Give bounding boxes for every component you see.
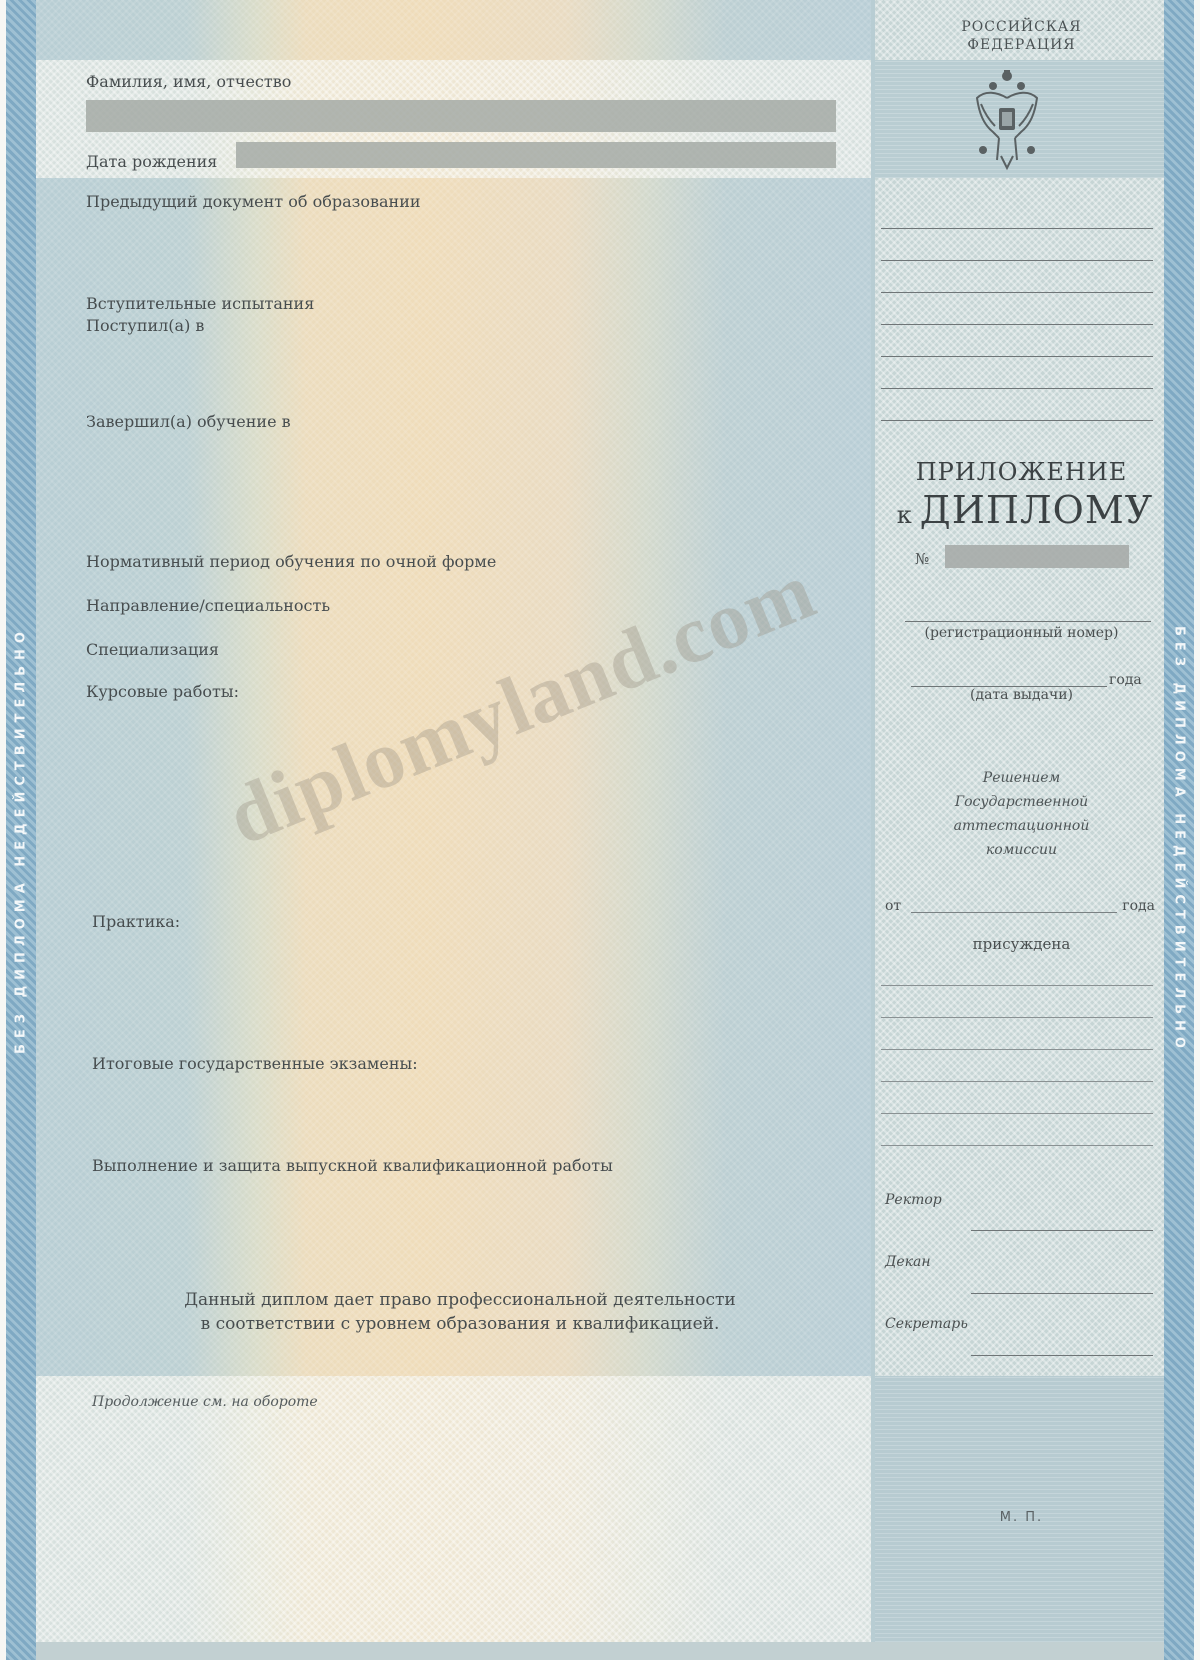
decision-line2: Государственной	[875, 790, 1168, 814]
side-strip-text: БЕЗ ДИПЛОМА НЕДЕЙСТВИТЕЛЬНО	[14, 626, 29, 1054]
rights-notice-line2: в соответствии с уровнем образования и к…	[140, 1312, 780, 1336]
final-exams-label: Итоговые государственные экзамены:	[92, 1054, 418, 1073]
practice-label: Практика:	[92, 912, 180, 931]
decision-date-line	[911, 912, 1117, 913]
left-security-strip: БЕЗ ДИПЛОМА НЕДЕЙСТВИТЕЛЬНО	[6, 0, 36, 1660]
secretary-label: Секретарь	[885, 1316, 968, 1332]
supplement-subtitle: кДИПЛОМУ	[895, 488, 1155, 532]
country-line1: РОССИЙСКАЯ	[875, 18, 1168, 36]
completed-label: Завершил(а) обучение в	[86, 412, 291, 431]
specialization-label: Специализация	[86, 640, 219, 659]
rector-label: Ректор	[885, 1192, 942, 1208]
number-label: №	[915, 550, 929, 568]
dean-label: Декан	[885, 1254, 931, 1270]
header-blank-lines	[881, 228, 1153, 452]
rights-notice: Данный диплом дает право профессионально…	[140, 1288, 780, 1336]
country-line2: ФЕДЕРАЦИЯ	[875, 36, 1168, 54]
reg-number-line	[905, 621, 1151, 622]
decision-date-goda: года	[1122, 898, 1155, 914]
birth-date-label: Дата рождения	[86, 152, 217, 171]
supplement-title: ПРИЛОЖЕНИЕ	[875, 458, 1168, 486]
secretary-signature-line	[971, 1355, 1153, 1356]
qualification-blank-lines	[881, 985, 1153, 1177]
full-name-redacted-field	[86, 100, 836, 132]
rector-signature-line	[971, 1230, 1153, 1231]
decision-date-ot: от	[885, 898, 901, 914]
commission-decision: Решением Государственной аттестационной …	[875, 766, 1168, 862]
number-redacted-field	[945, 545, 1129, 568]
country-title: РОССИЙСКАЯ ФЕДЕРАЦИЯ	[875, 18, 1168, 54]
continuation-note: Продолжение см. на обороте	[92, 1394, 318, 1410]
thesis-label: Выполнение и защита выпускной квалификац…	[92, 1156, 613, 1175]
seal-area	[875, 1376, 1168, 1642]
coat-of-arms-icon	[971, 68, 1043, 172]
bottom-edge	[36, 1642, 1164, 1660]
right-security-strip: БЕЗ ДИПЛОМА НЕДЕЙСТВИТЕЛЬНО	[1164, 0, 1194, 1660]
entrance-exams-label: Вступительные испытания	[86, 294, 314, 313]
decision-line3: аттестационной	[875, 814, 1168, 838]
prev-document-label: Предыдущий документ об образовании	[86, 192, 421, 211]
direction-label: Направление/специальность	[86, 596, 330, 615]
normative-period-label: Нормативный период обучения по очной фор…	[86, 552, 496, 571]
supplement-k: к	[897, 501, 912, 529]
seal-label: М. П.	[875, 1510, 1168, 1525]
coursework-label: Курсовые работы:	[86, 682, 239, 701]
rights-notice-line1: Данный диплом дает право профессионально…	[140, 1288, 780, 1312]
dean-signature-line	[971, 1293, 1153, 1294]
reg-number-label: (регистрационный номер)	[875, 625, 1168, 641]
side-strip-text: БЕЗ ДИПЛОМА НЕДЕЙСТВИТЕЛЬНО	[1172, 626, 1187, 1054]
full-name-label: Фамилия, имя, отчество	[86, 72, 291, 91]
issue-date-label: (дата выдачи)	[875, 687, 1168, 703]
continuation-band	[36, 1376, 871, 1642]
decision-line4: комиссии	[875, 838, 1168, 862]
enrolled-label: Поступил(а) в	[86, 316, 204, 335]
decision-line1: Решением	[875, 766, 1168, 790]
birth-date-redacted-field	[236, 142, 836, 168]
issue-date-goda: года	[1109, 672, 1142, 688]
right-column: РОССИЙСКАЯ ФЕДЕРАЦИЯ ПРИЛОЖЕНИЕ кДИПЛОМУ	[871, 0, 1168, 1660]
supplement-diploma-word: ДИПЛОМУ	[920, 488, 1153, 532]
awarded-label: присуждена	[875, 935, 1168, 953]
